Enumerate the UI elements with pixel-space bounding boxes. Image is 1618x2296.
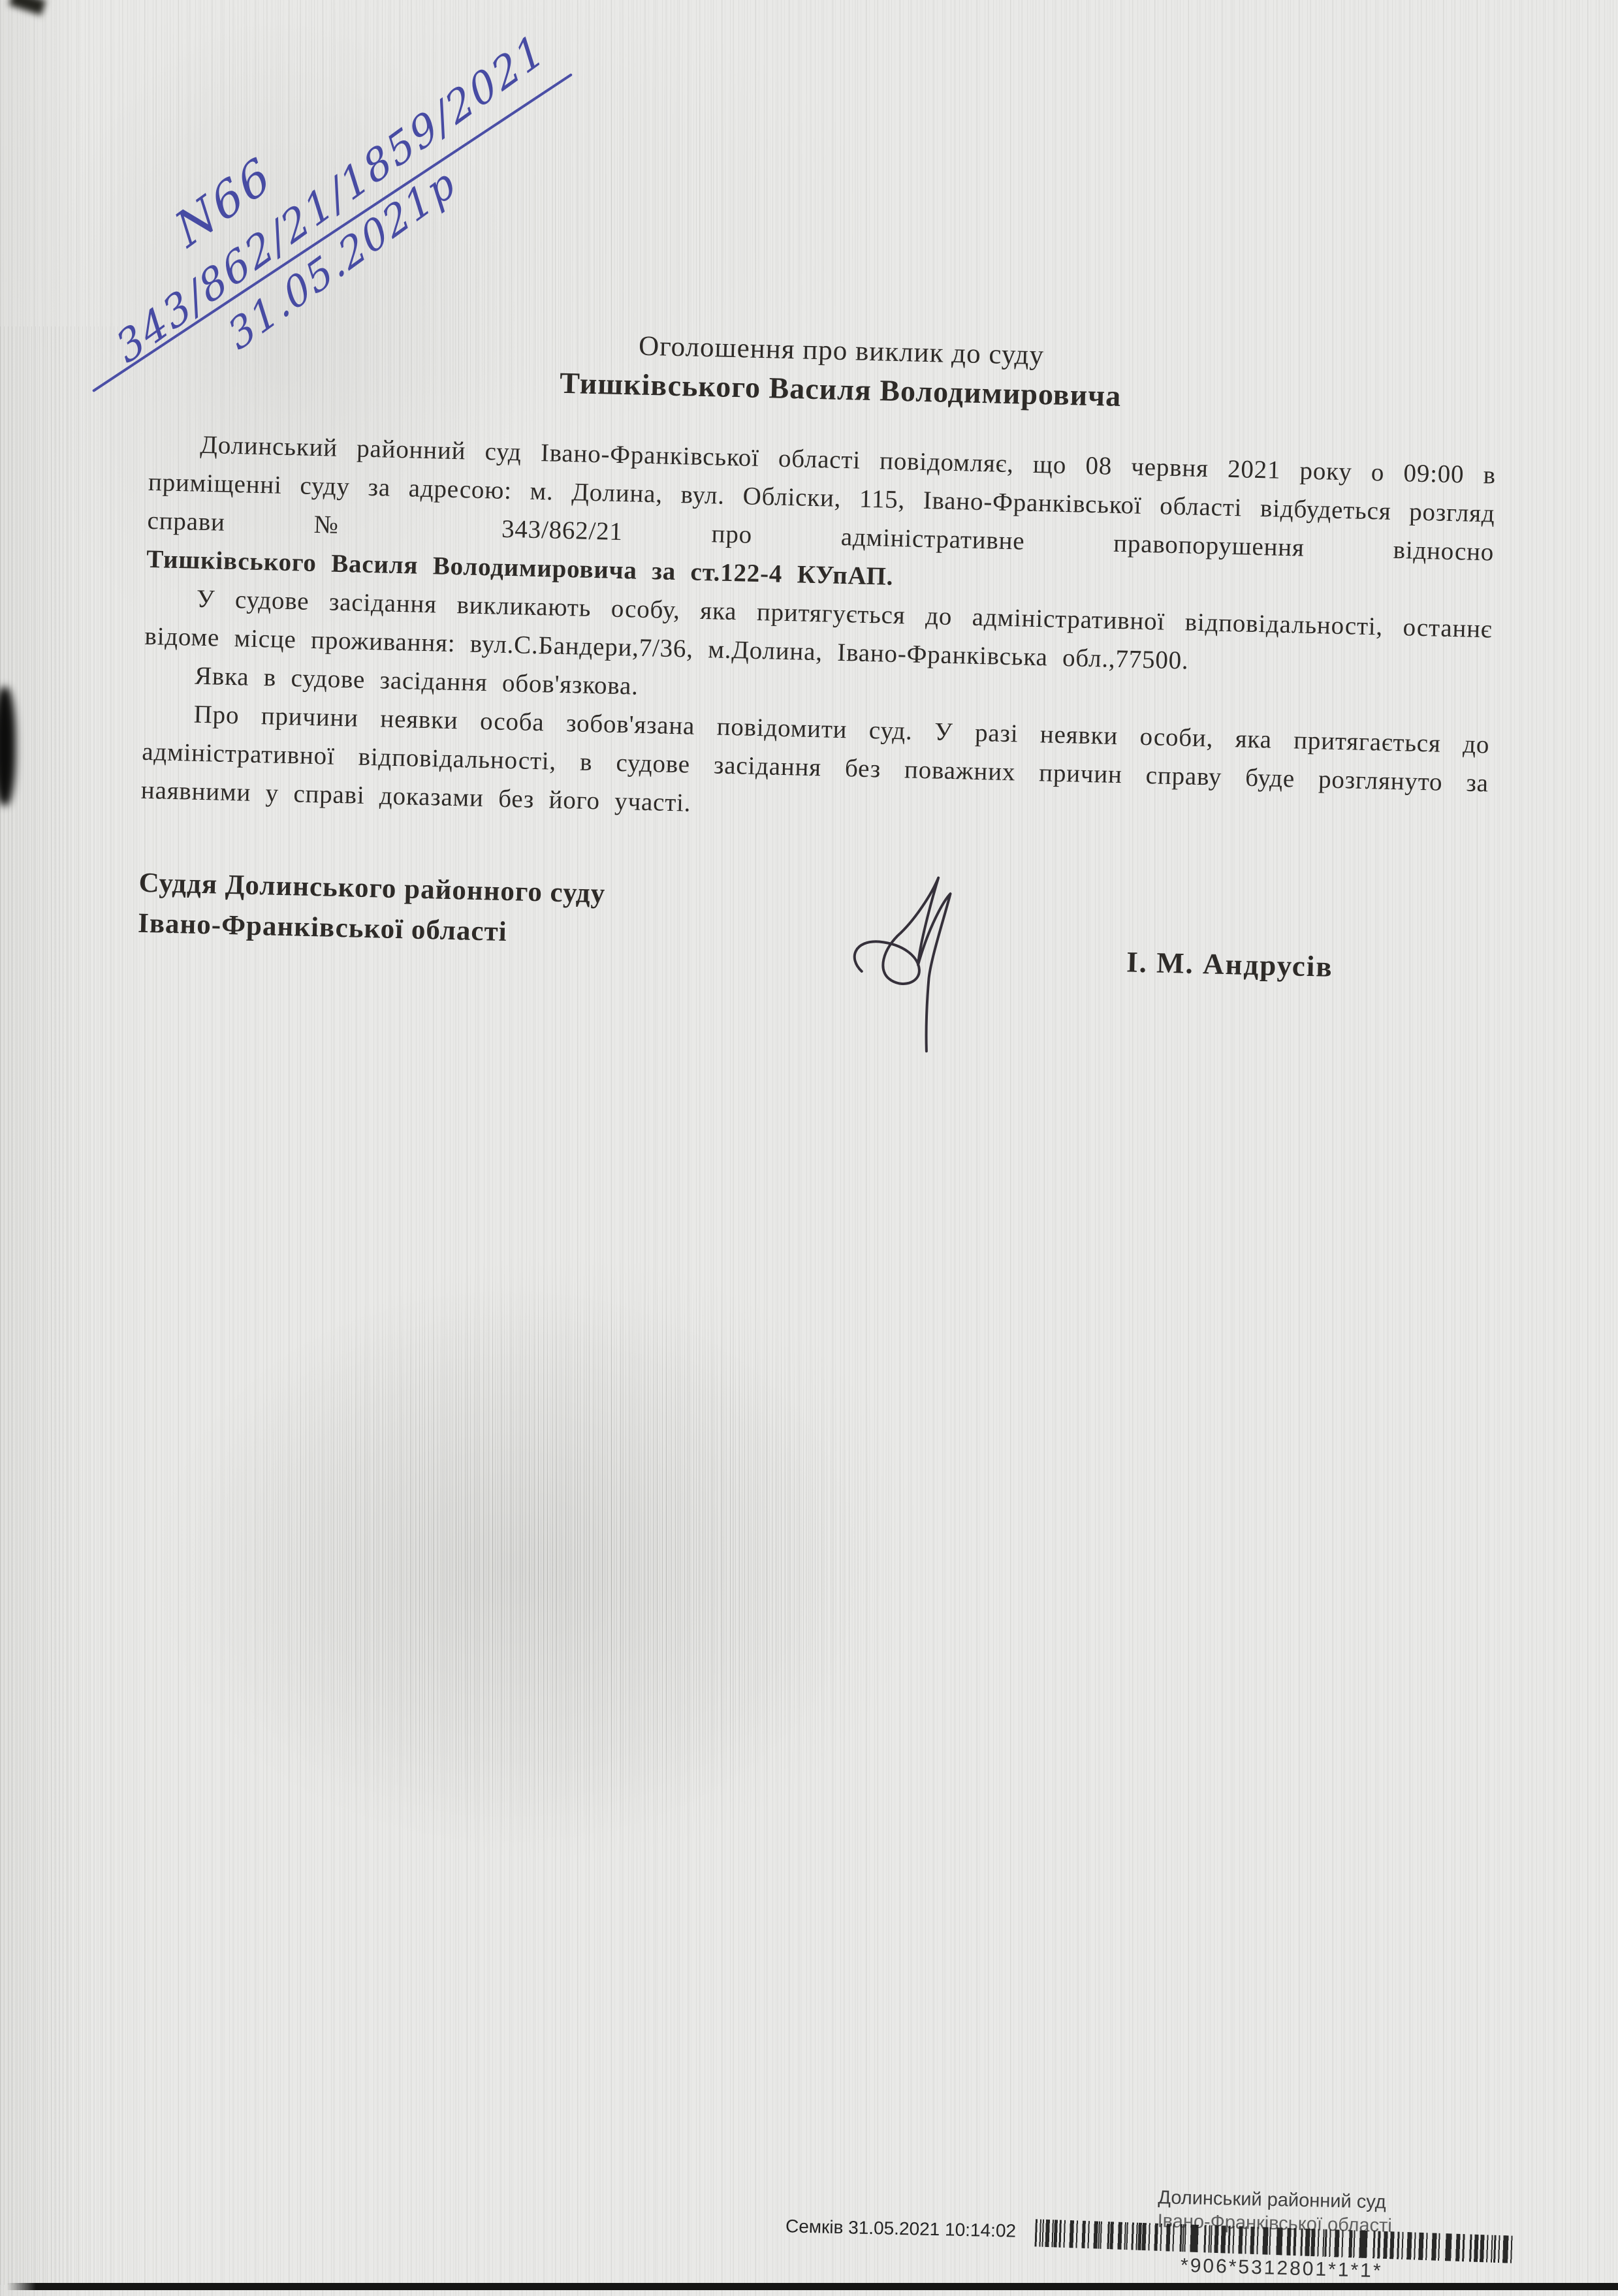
document-body: Оголошення про виклик до суду Тишківсько…	[134, 319, 1499, 1116]
scan-streaks-middle	[163, 1201, 1012, 2050]
stamp-timestamp: Семків 31.05.2021 10:14:02	[785, 2216, 1017, 2241]
judge-signature-scribble	[840, 860, 1008, 1060]
signature-block: Суддя Долинського районного суду Івано-Ф…	[134, 863, 1485, 1117]
scan-left-edge-blob	[0, 687, 16, 806]
scan-corner-mark	[9, 0, 46, 15]
judge-title: Суддя Долинського районного суду Івано-Ф…	[137, 863, 605, 955]
scanned-court-document-page: N66 343/862/21/1859/2021 31.05.2021р Ого…	[0, 0, 1618, 2296]
judge-name: І. М. Андрусів	[1126, 945, 1334, 983]
barcode-number: *906*5312801*1*1*	[1181, 2255, 1383, 2283]
bottom-scan-line	[7, 2283, 1618, 2290]
